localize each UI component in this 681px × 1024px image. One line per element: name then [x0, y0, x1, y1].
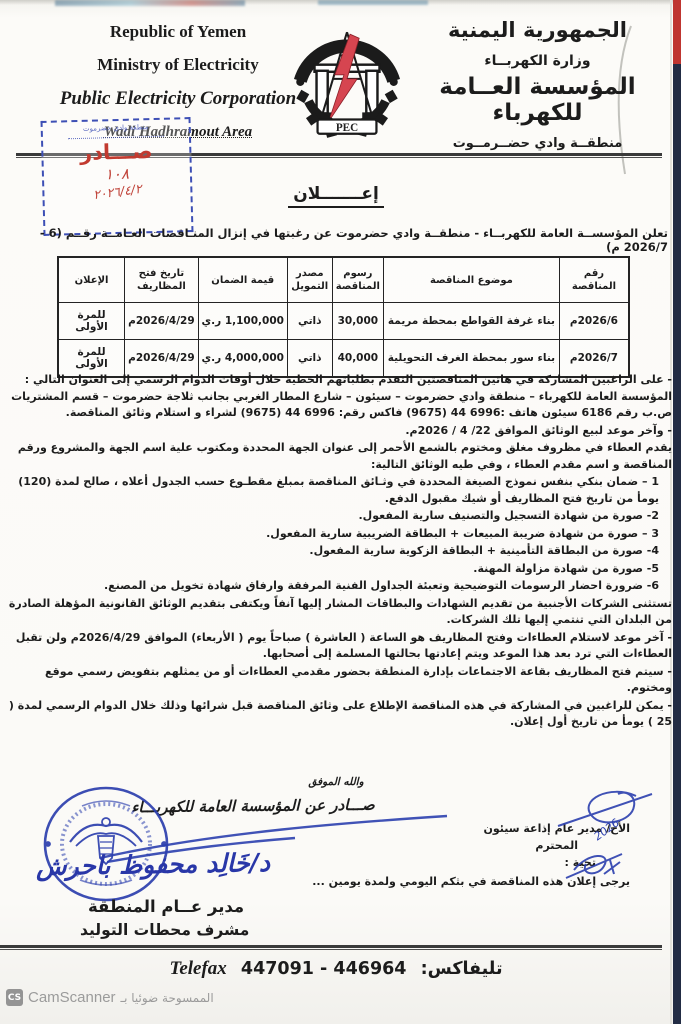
paragraph: 3 – صورة من شهادة ضريبة المبيعات + البطا…	[8, 526, 672, 543]
ministry-name-en: Ministry of Electricity	[28, 55, 328, 75]
camscanner-icon: CS	[6, 989, 23, 1006]
paragraph: - يمكن للراغبين في المشاركة في هذه المنا…	[8, 698, 672, 731]
paragraph: 6- ضرورة احضار الرسومات التوضيحية وتعبئة…	[8, 578, 672, 595]
cell-fee: 30,000	[332, 303, 383, 340]
scan-edge-right	[673, 0, 681, 1024]
footer-divider	[0, 945, 662, 951]
pec-logo-icon: PEC	[286, 20, 408, 152]
paragraph: - على الراغبين المشاركة في هاتين المناقص…	[8, 372, 672, 422]
signer-name-handwritten: د/خَالِد محفوظ باحرش	[18, 848, 288, 882]
ministry-name-ar: وزارة الكهربــاء	[415, 53, 660, 69]
scan-edge-red	[673, 0, 681, 64]
announcement-body: - على الراغبين المشاركة في هاتين المناقص…	[8, 372, 672, 732]
telefax-label: تليفاكس:	[421, 959, 503, 979]
telefax-numbers: 446964 - 447091	[241, 959, 407, 979]
announcement-title-text: إعـــــــلان	[288, 184, 384, 208]
area-name-ar: منطقــة وادي حضــرمــوت	[415, 136, 660, 151]
scan-artifact	[318, 0, 428, 5]
paragraph: 5- صورة من شهادة مزاولة المهنة.	[8, 561, 672, 578]
paragraph: - آخر موعد لاستلام العطاءات وفتح المظاري…	[8, 630, 672, 663]
paragraph: تستثنى الشركات الأجنبية من تقديم الشهادا…	[8, 596, 672, 629]
tender-table: رقم المناقصة موضوع المناقصة رسوم المناقص…	[57, 256, 630, 378]
paragraph: 4- صورة من البطاقة التأمينية + البطاقة ا…	[8, 543, 672, 560]
scan-artifact	[55, 0, 245, 6]
paragraph: 2- صورة من شهادة التسجيل والتصنيف سارية …	[8, 508, 672, 525]
signer-title-general-manager: مدير عــام المنطقة	[88, 897, 244, 916]
outgoing-registry-stamp: منطقة وادي حضرموت صـــادر ١٠٨ ٢٠٢٦/٤/٢	[41, 117, 194, 236]
paragraph: - سيتم فتح المظاريف بقاعة الاجتماعات بإد…	[8, 664, 672, 697]
col-announcement: الإعلان	[58, 257, 125, 303]
cell-guarantee: 1,100,000 ر.ي	[198, 303, 287, 340]
country-name-en: Republic of Yemen	[28, 22, 328, 42]
telefax-line: تليفاكس: 446964 - 447091 Telefax	[0, 958, 672, 980]
scanned-tender-announcement: Republic of Yemen Ministry of Electricit…	[0, 0, 681, 1024]
cell-funding: ذاتي	[287, 303, 332, 340]
table-header-row: رقم المناقصة موضوع المناقصة رسوم المناقص…	[58, 257, 629, 303]
cell-announcement: للمرة الأولى	[58, 303, 125, 340]
col-tender-number: رقم المناقصة	[559, 257, 629, 303]
paragraph: - وآخر موعد لبيع الوثائق الموافق 22/ 4 /…	[8, 423, 672, 440]
col-guarantee: قيمة الضمان	[198, 257, 287, 303]
camscanner-brand: CamScanner	[28, 989, 116, 1006]
cell-tender-number: 2026/6م	[559, 303, 629, 340]
handwritten-signature-mark: 2026	[540, 782, 665, 897]
camscanner-arabic-text: الممسوحة ضوئيا بـ	[121, 991, 214, 1005]
header-arabic: الجمهورية اليمنية وزارة الكهربــاء المؤس…	[415, 18, 660, 151]
table-row: 2026/6م بناء غرفة القواطع بمحطة مريمة 30…	[58, 303, 629, 340]
col-fee: رسوم المناقصة	[332, 257, 383, 303]
stamp-region-line: منطقة وادي حضرموت	[43, 122, 189, 135]
corporation-name-ar: المؤسسة العــامة للكهرباء	[415, 74, 660, 126]
paragraph: 1 – ضمان بنكي بنفس نموذج الصيغة المحددة …	[8, 474, 672, 507]
col-funding: مصدر التمويل	[287, 257, 332, 303]
announcement-title: إعـــــــلان	[0, 184, 672, 208]
cell-open-date: 2026/4/29م	[125, 303, 199, 340]
telefax-word-en: Telefax	[169, 958, 226, 980]
intro-paragraph: تعلن المؤسســة العامة للكهربــاء - منطقـ…	[8, 226, 668, 254]
country-name-ar: الجمهورية اليمنية	[415, 18, 660, 42]
paragraph: يقدم العطاء في مظروف مغلق ومختوم بالشمع …	[8, 440, 672, 473]
camscanner-watermark: CS CamScanner الممسوحة ضوئيا بـ	[6, 989, 214, 1006]
corporation-name-en: Public Electricity Corporation	[28, 88, 328, 110]
col-open-date: تاريخ فتح المظاريف	[125, 257, 199, 303]
signer-title-supervisor: مشرف محطات التوليد	[80, 921, 249, 939]
pec-logo-label: PEC	[336, 122, 358, 134]
cell-subject: بناء غرفة القواطع بمحطة مريمة	[383, 303, 559, 340]
col-subject: موضوع المناقصة	[383, 257, 559, 303]
stamp-outgoing-word: صـــادر	[43, 138, 190, 166]
